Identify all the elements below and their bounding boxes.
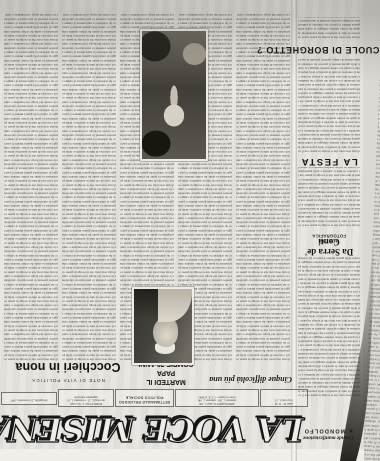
column-text: di una vera nota che si svolge in paese … [62, 5, 116, 361]
pope-vestment [158, 289, 192, 322]
page-curl-shadow [320, 181, 380, 461]
headline-cocchieri: Cocchieri in nona [6, 360, 130, 374]
weekly-type-line: SETTIMANALE RELIGIOSO [116, 400, 173, 405]
pubblicita-line: necrologi L. 25 - economici L. 10 [59, 398, 113, 401]
info-box-abbonamenti: ABBONAMENTI: anno L. 500 semestre L. 260… [175, 389, 259, 407]
column-text: di una vera nota che si svolge in paese … [298, 57, 360, 153]
headline-cinque-difficolta: Cinque difficoltà più una [201, 375, 292, 384]
headline-scuole-borghetto: SCUOLE DI BORGHETTO ? [276, 39, 380, 55]
info-box-weekly-type: SETTIMANALE RELIGIOSO POLITICO SOCIALE [115, 389, 174, 407]
abbonamenti-line: Estero il doppio - C.C.P. 13-8042 [176, 395, 258, 398]
masthead-title: LA VOCE MISENA [26, 407, 304, 449]
issue-date: Senigallia, 23 novembre 1947 [2, 398, 56, 403]
pope-portrait-photo [132, 287, 194, 365]
top-margin [0, 449, 364, 461]
artwork-photo [140, 29, 208, 161]
kicker-note-vita-politica: NOTE DI VITA POLITICA [8, 375, 128, 383]
newspaper-page-scan: di una vera nota che si svolge in paese … [0, 0, 380, 461]
column-text: di una vera nota che si svolge in paese … [4, 5, 58, 361]
abbonamenti-line: semestre L. 260 - trimestre L. 140 [176, 398, 258, 401]
pubblicita-line: PUBBLICITA': L. 30 al mm. [59, 402, 113, 405]
headline-la-festa: LA FESTA [298, 153, 360, 167]
issue-line: Anno IV - N. 38 [261, 402, 307, 405]
text-column-4: di una vera nota che si svolge in paese … [62, 5, 116, 361]
text-column-5: di una vera nota che si svolge in paese … [4, 5, 58, 361]
screenshot-frame: di una vera nota che si svolge in paese … [0, 0, 380, 461]
kicker-text: NOTE DI VITA POLITICA [8, 375, 128, 383]
info-box-pubblicita: PUBBLICITA': L. 30 al mm. necrologi L. 2… [58, 389, 114, 407]
issue-line: Una copia L. 15 [261, 398, 307, 401]
abbonamenti-line: ABBONAMENTI: anno L. 500 [176, 402, 258, 405]
text-column-1: di una vera nota che si svolge in paese … [236, 5, 290, 361]
papa-headline-line1: MARTEDI IL PAPA [137, 369, 194, 387]
column-text: di una vera nota che si svolge in paese … [298, 17, 360, 39]
info-box-date: Senigallia, 23 novembre 1947 [1, 392, 57, 405]
pope-face [153, 317, 179, 347]
column-text: di una vera nota che si svolge in paese … [236, 5, 290, 361]
